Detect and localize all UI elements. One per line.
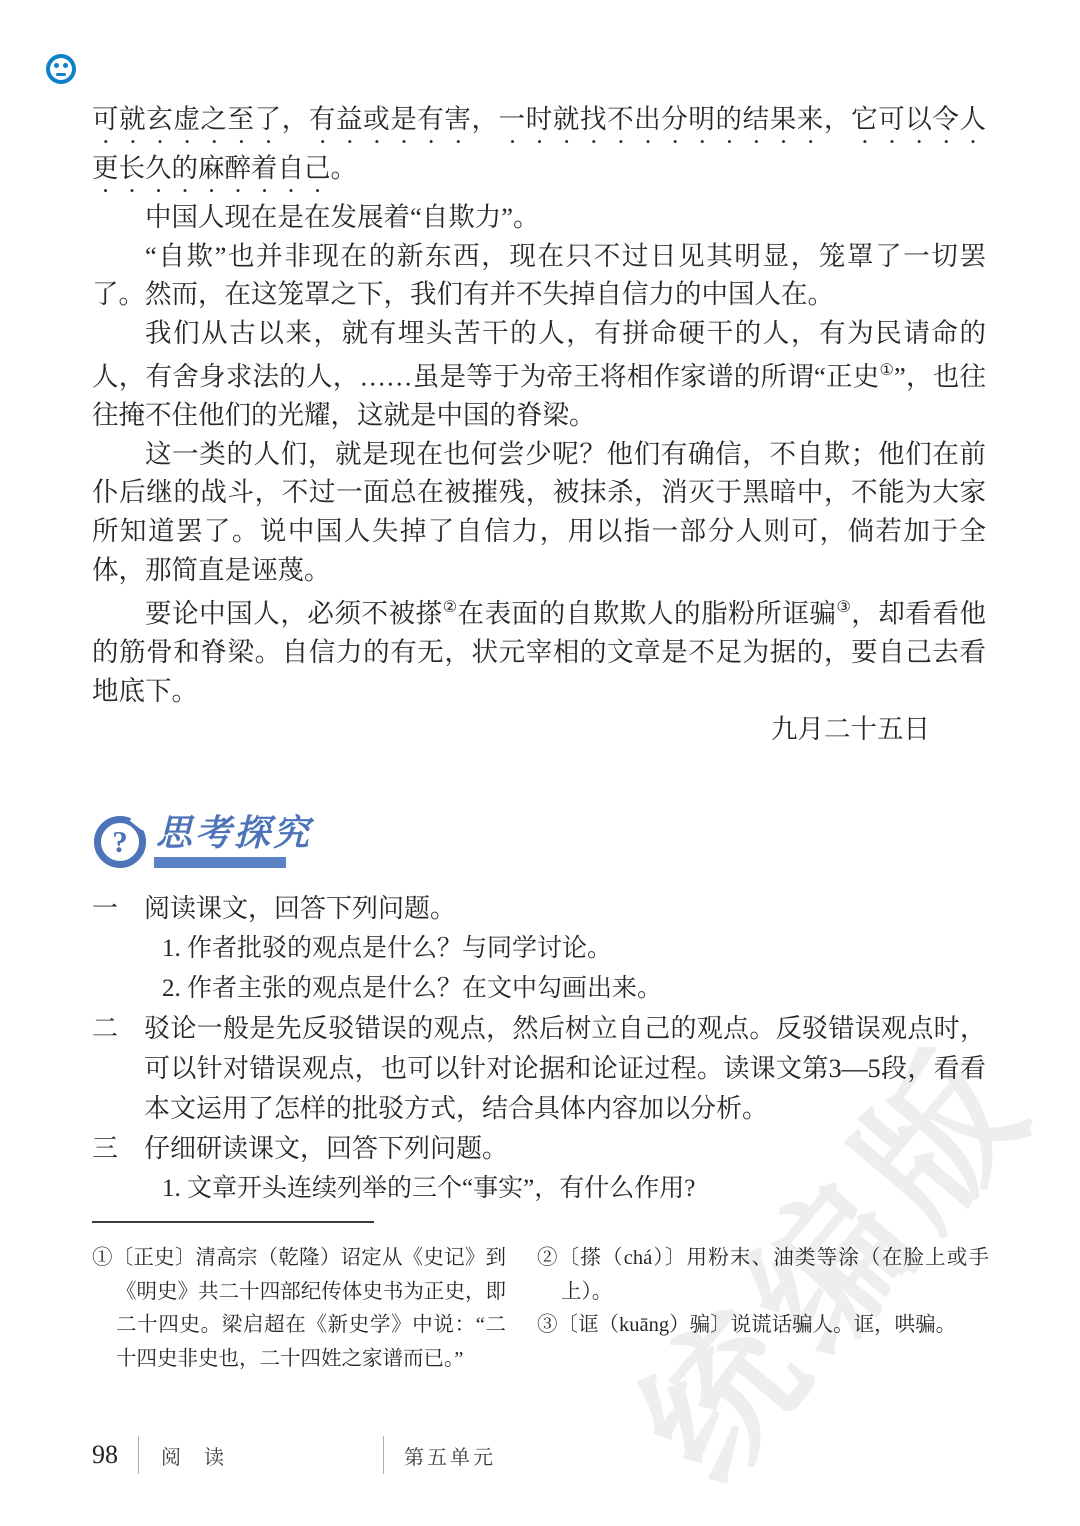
question-item: 一阅读课文，回答下列问题。 (92, 889, 986, 929)
question-number: 三 (92, 1129, 144, 1169)
article-paragraph: 我们从古以来，就有埋头苦干的人，有拼命硬干的人，有为民请命的人，有舍身求法的人，… (92, 314, 986, 435)
smiley-eye-right (63, 63, 68, 68)
footer-divider-1 (138, 1436, 139, 1474)
question-sub-item: 2. 作者主张的观点是什么？在文中勾画出来。 (92, 969, 986, 1009)
text-run: ， (824, 104, 851, 134)
article-paragraph: 要论中国人，必须不被搽②在表面的自欺欺人的脂粉所诓骗③，却看看他的筋骨和脊梁。自… (92, 589, 986, 710)
explore-title-underline (154, 857, 286, 868)
text-run: ， (472, 104, 499, 134)
text-run: ， (282, 104, 309, 134)
footer-section-label: 阅 读 (161, 1441, 233, 1470)
explore-questions-list: 一阅读课文，回答下列问题。1. 作者批驳的观点是什么？与同学讨论。2. 作者主张… (92, 889, 986, 1209)
question-item: 三仔细研读课文，回答下列问题。 (92, 1129, 986, 1169)
question-sub-item: 1. 文章开头连续列举的三个“事实”，有什么作用? (92, 1169, 986, 1209)
emphasized-text: 一时就找不出分明的结果来 (499, 104, 824, 134)
article-paragraph: 中国人现在是在发展着“自欺力”。 (92, 198, 986, 237)
question-number: 二 (92, 1009, 144, 1129)
footnote-entry: ②〔搽（chá）〕用粉末、油类等涂（在脸上或手上）。 (537, 1242, 989, 1309)
question-text: 驳论一般是先反驳错误的观点，然后树立自己的观点。反驳错误观点时，可以针对错误观点… (144, 1009, 986, 1129)
question-item: 二驳论一般是先反驳错误的观点，然后树立自己的观点。反驳错误观点时，可以针对错误观… (92, 1009, 986, 1129)
footnote-reference: ① (879, 362, 894, 379)
question-text: 仔细研读课文，回答下列问题。 (144, 1129, 986, 1169)
smiley-face-bg (50, 58, 72, 80)
smiley-eye-left (54, 63, 59, 68)
question-mark-icon: ? (94, 816, 146, 868)
text-run: 这一类的人们，就是现在也何尝少呢？他们有确信，不自欺；他们在前仆后继的战斗，不过… (92, 439, 986, 585)
text-run: 在表面的自欺欺人的脂粉所诓骗 (458, 599, 837, 629)
footnote-column-right: ②〔搽（chá）〕用粉末、油类等涂（在脸上或手上）。③〔诓（kuāng）骗〕说谎… (537, 1242, 989, 1343)
smiley-mouth (56, 73, 66, 76)
footnote-reference: ② (443, 599, 458, 616)
text-run: 中国人现在是在发展着“自欺力”。 (145, 202, 540, 232)
text-run: 我们从古以来，就有埋头苦干的人，有拼命硬干的人，有为民请命的人，有舍身求法的人，… (92, 318, 986, 392)
article-paragraph: “自欺”也并非现在的新东西，现在只不过日见其明显，笼罩了一切罢了。然而，在这笼罩… (92, 237, 986, 314)
footer-unit-label: 第五单元 (404, 1441, 496, 1470)
question-number: 一 (92, 889, 144, 929)
emphasized-text: 有益或是有害 (309, 104, 472, 134)
text-run: 要论中国人，必须不被搽 (145, 599, 443, 629)
question-text: 阅读课文，回答下列问题。 (144, 889, 986, 929)
article-body: 可就玄虚之至了，有益或是有害，一时就找不出分明的结果来，它可以令人更长久的麻醉着… (92, 100, 986, 749)
footnote-divider (92, 1221, 374, 1223)
footnote-entry: ③〔诓（kuāng）骗〕说谎话骗人。诓，哄骗。 (537, 1309, 989, 1343)
page-footer: 98 阅 读 第五单元 (92, 1434, 496, 1476)
explore-section-header: ? 思考探究 (94, 810, 494, 882)
text-run: 。 (331, 153, 358, 183)
page-number: 98 (92, 1440, 118, 1470)
footnote-entry: ①〔正史〕清高宗（乾隆）诏定从《史记》到《明史》共二十四部纪传体史书为正史，即二… (92, 1242, 506, 1376)
footnote-reference: ③ (836, 599, 851, 616)
article-paragraph: 这一类的人们，就是现在也何尝少呢？他们有确信，不自欺；他们在前仆后继的战斗，不过… (92, 435, 986, 589)
question-sub-item: 1. 作者批驳的观点是什么？与同学讨论。 (92, 929, 986, 969)
article-paragraphs: 可就玄虚之至了，有益或是有害，一时就找不出分明的结果来，它可以令人更长久的麻醉着… (92, 100, 986, 710)
article-date-line: 九月二十五日 (92, 710, 986, 749)
footer-divider-2 (383, 1436, 384, 1474)
footnote-column-left: ①〔正史〕清高宗（乾隆）诏定从《史记》到《明史》共二十四部纪传体史书为正史，即二… (92, 1242, 506, 1376)
smiley-face-icon (46, 54, 76, 84)
article-paragraph: 可就玄虚之至了，有益或是有害，一时就找不出分明的结果来，它可以令人更长久的麻醉着… (92, 100, 986, 198)
emphasized-text: 可就玄虚之至了 (92, 104, 282, 134)
explore-section-title: 思考探究 (156, 812, 312, 854)
question-mark-glyph: ? (101, 823, 139, 861)
text-run: “自欺”也并非现在的新东西，现在只不过日见其明显，笼罩了一切罢了。然而，在这笼罩… (92, 241, 986, 310)
